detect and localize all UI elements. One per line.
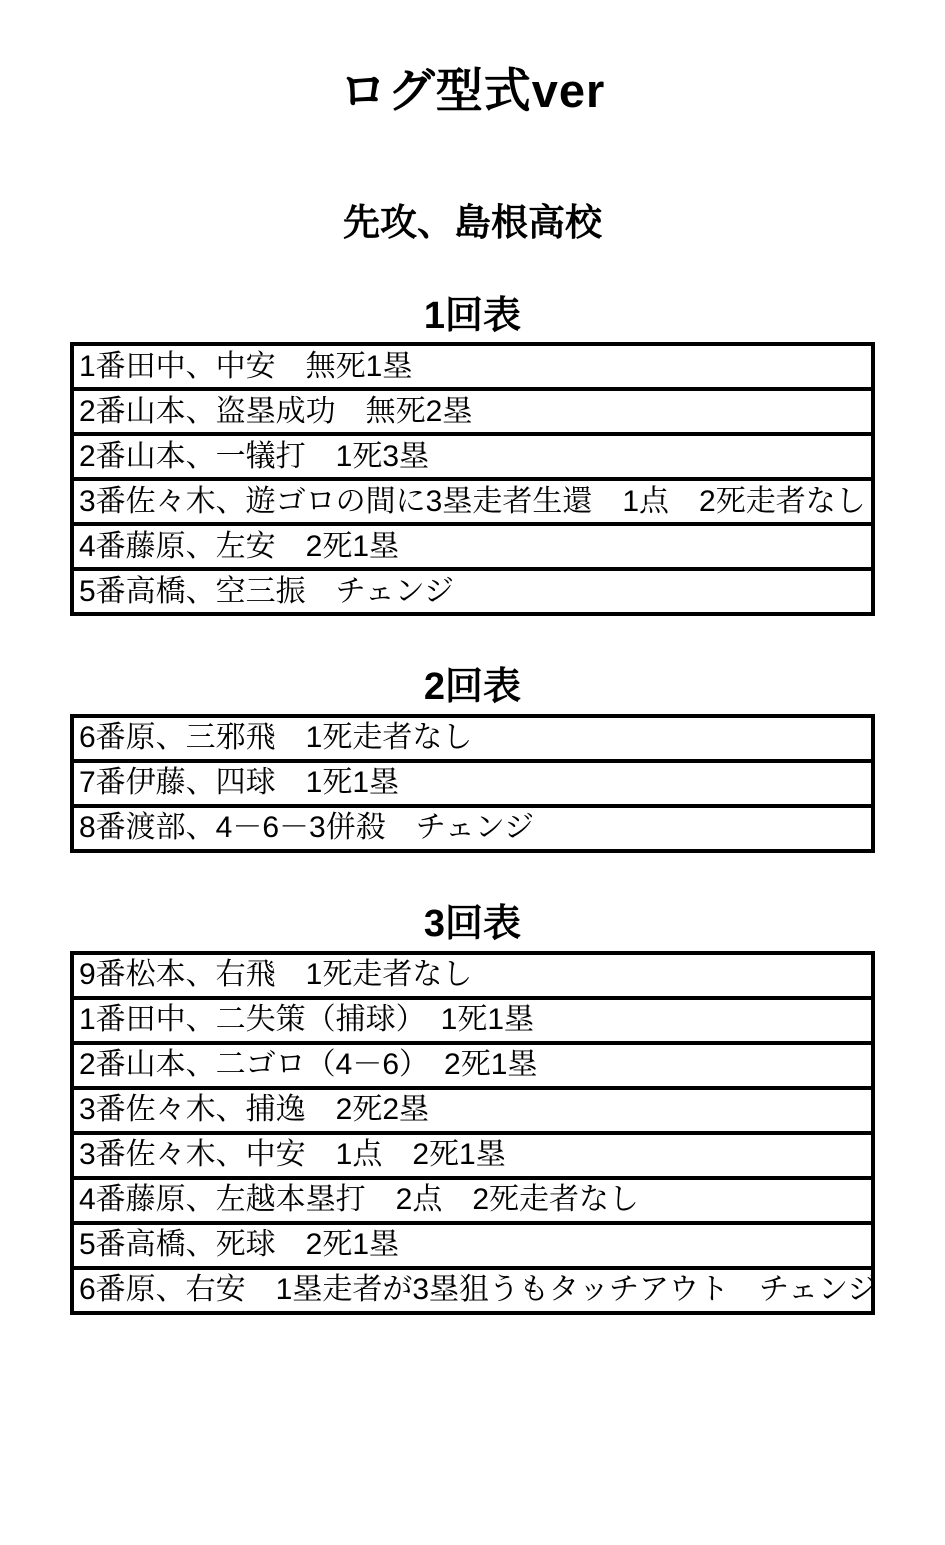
table-row: 8番渡部、4－6－3併殺 チェンジ xyxy=(72,806,873,851)
event-cell: 5番高橋、死球 2死1塁 xyxy=(72,1223,873,1268)
event-cell: 4番藤原、左越本塁打 2点 2死走者なし xyxy=(72,1178,873,1223)
table-row: 2番山本、二ゴロ（4－6） 2死1塁 xyxy=(72,1043,873,1088)
inning-heading: 1回表 xyxy=(0,295,945,339)
table-row: 3番佐々木、遊ゴロの間に3塁走者生還 1点 2死走者なし xyxy=(72,479,873,524)
table-row: 5番高橋、空三振 チェンジ xyxy=(72,569,873,614)
event-cell: 1番田中、二失策（捕球） 1死1塁 xyxy=(72,998,873,1043)
event-cell: 2番山本、二ゴロ（4－6） 2死1塁 xyxy=(72,1043,873,1088)
event-cell: 3番佐々木、遊ゴロの間に3塁走者生還 1点 2死走者なし xyxy=(72,479,873,524)
inning-section: 3回表9番松本、右飛 1死走者なし1番田中、二失策（捕球） 1死1塁2番山本、二… xyxy=(0,903,945,1315)
inning-heading: 2回表 xyxy=(0,666,945,710)
event-cell: 8番渡部、4－6－3併殺 チェンジ xyxy=(72,806,873,851)
inning-log-table: 6番原、三邪飛 1死走者なし7番伊藤、四球 1死1塁8番渡部、4－6－3併殺 チ… xyxy=(70,714,875,853)
table-row: 9番松本、右飛 1死走者なし xyxy=(72,953,873,998)
table-row: 5番高橋、死球 2死1塁 xyxy=(72,1223,873,1268)
table-row: 3番佐々木、捕逸 2死2塁 xyxy=(72,1088,873,1133)
inning-log-table: 9番松本、右飛 1死走者なし1番田中、二失策（捕球） 1死1塁2番山本、二ゴロ（… xyxy=(70,951,875,1315)
event-cell: 4番藤原、左安 2死1塁 xyxy=(72,524,873,569)
event-cell: 3番佐々木、捕逸 2死2塁 xyxy=(72,1088,873,1133)
innings-list: 1回表1番田中、中安 無死1塁2番山本、盗塁成功 無死2塁2番山本、一犠打 1死… xyxy=(0,295,945,1315)
table-row: 6番原、右安 1塁走者が3塁狙うもタッチアウト チェンジ xyxy=(72,1268,873,1313)
table-row: 4番藤原、左安 2死1塁 xyxy=(72,524,873,569)
event-cell: 2番山本、一犠打 1死3塁 xyxy=(72,434,873,479)
event-cell: 7番伊藤、四球 1死1塁 xyxy=(72,761,873,806)
table-row: 1番田中、中安 無死1塁 xyxy=(72,344,873,389)
table-row: 6番原、三邪飛 1死走者なし xyxy=(72,716,873,761)
event-cell: 6番原、三邪飛 1死走者なし xyxy=(72,716,873,761)
event-cell: 5番高橋、空三振 チェンジ xyxy=(72,569,873,614)
inning-section: 1回表1番田中、中安 無死1塁2番山本、盗塁成功 無死2塁2番山本、一犠打 1死… xyxy=(0,295,945,617)
document-page: ログ型式ver 先攻、島根高校 1回表1番田中、中安 無死1塁2番山本、盗塁成功… xyxy=(0,0,945,1545)
inning-heading: 3回表 xyxy=(0,903,945,947)
table-row: 3番佐々木、中安 1点 2死1塁 xyxy=(72,1133,873,1178)
table-row: 7番伊藤、四球 1死1塁 xyxy=(72,761,873,806)
table-row: 4番藤原、左越本塁打 2点 2死走者なし xyxy=(72,1178,873,1223)
table-row: 2番山本、盗塁成功 無死2塁 xyxy=(72,389,873,434)
team-heading: 先攻、島根高校 xyxy=(0,202,945,245)
event-cell: 6番原、右安 1塁走者が3塁狙うもタッチアウト チェンジ xyxy=(72,1268,873,1313)
event-cell: 9番松本、右飛 1死走者なし xyxy=(72,953,873,998)
inning-log-table: 1番田中、中安 無死1塁2番山本、盗塁成功 無死2塁2番山本、一犠打 1死3塁3… xyxy=(70,342,875,616)
event-cell: 1番田中、中安 無死1塁 xyxy=(72,344,873,389)
event-cell: 3番佐々木、中安 1点 2死1塁 xyxy=(72,1133,873,1178)
inning-section: 2回表6番原、三邪飛 1死走者なし7番伊藤、四球 1死1塁8番渡部、4－6－3併… xyxy=(0,666,945,853)
page-title: ログ型式ver xyxy=(0,0,945,118)
event-cell: 2番山本、盗塁成功 無死2塁 xyxy=(72,389,873,434)
table-row: 2番山本、一犠打 1死3塁 xyxy=(72,434,873,479)
table-row: 1番田中、二失策（捕球） 1死1塁 xyxy=(72,998,873,1043)
